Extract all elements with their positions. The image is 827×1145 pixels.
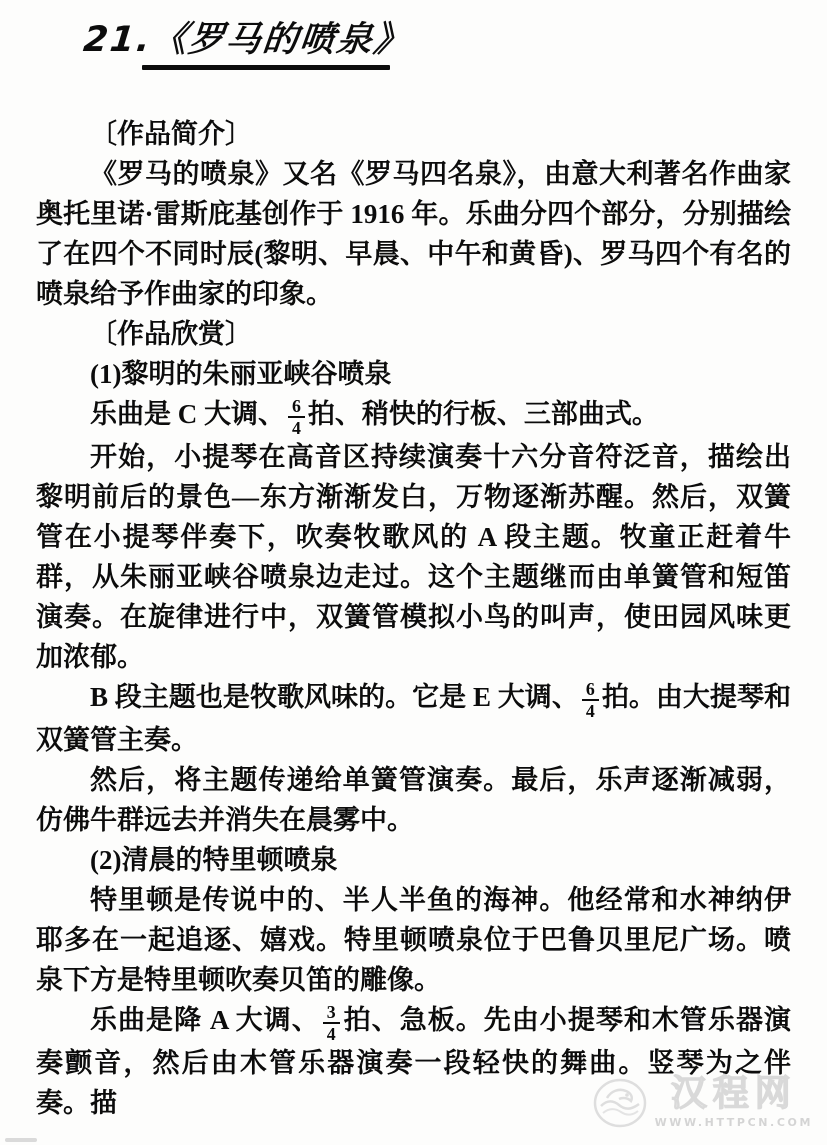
paragraph: 开始，小提琴在高音区持续演奏十六分音符泛音，描绘出黎明前后的景色—东方渐渐发白，… — [36, 437, 791, 677]
section-heading: 〔作品简介〕 — [36, 114, 791, 154]
title-row: 21.《罗马的喷泉》 — [84, 12, 791, 70]
scan-artifact — [5, 1138, 37, 1142]
sub-heading: (1)黎明的朱丽亚峡谷喷泉 — [36, 354, 791, 394]
text-run: 拍、稍快的行板、三部曲式。 — [308, 399, 659, 429]
fraction-numerator: 6 — [288, 397, 305, 418]
document-page: 21.《罗马的喷泉》 〔作品简介〕《罗马的喷泉》又名《罗马四名泉》，由意大利著名… — [0, 0, 827, 1145]
fraction-denominator: 4 — [292, 418, 301, 437]
text-run: 乐曲是降 A 大调、 — [90, 1005, 320, 1035]
text-run: 然后，将主题传递给单簧管演奏。最后，乐声逐渐减弱，仿佛牛群远去并消失在晨雾中。 — [36, 765, 791, 835]
section-heading: 〔作品欣赏〕 — [36, 314, 791, 354]
document-body: 〔作品简介〕《罗马的喷泉》又名《罗马四名泉》，由意大利著名作曲家奥托里诺·雷斯庇… — [36, 114, 791, 1123]
text-run: 乐曲是 C 大调、 — [90, 399, 285, 429]
paragraph: 特里顿是传说中的、半人半鱼的海神。他经常和水神纳伊耶多在一起追逐、嬉戏。特里顿喷… — [36, 880, 791, 1000]
text-run: B 段主题也是牧歌风味的。它是 E 大调、 — [90, 682, 579, 712]
paragraph: 《罗马的喷泉》又名《罗马四名泉》，由意大利著名作曲家奥托里诺·雷斯庇基创作于 1… — [36, 154, 791, 314]
fraction-denominator: 4 — [327, 1024, 336, 1043]
paragraph: 乐曲是 C 大调、64拍、稍快的行板、三部曲式。 — [36, 394, 791, 437]
text-run: 《罗马的喷泉》又名《罗马四名泉》，由意大利著名作曲家奥托里诺·雷斯庇基创作于 1… — [36, 159, 791, 309]
title-underline — [142, 65, 390, 70]
text-run: 特里顿是传说中的、半人半鱼的海神。他经常和水神纳伊耶多在一起追逐、嬉戏。特里顿喷… — [36, 885, 791, 995]
sub-heading: (2)清晨的特里顿喷泉 — [36, 840, 791, 880]
time-signature-fraction: 34 — [323, 1003, 340, 1043]
paragraph: B 段主题也是牧歌风味的。它是 E 大调、64拍。由大提琴和双簧管主奏。 — [36, 677, 791, 760]
text-run: 开始，小提琴在高音区持续演奏十六分音符泛音，描绘出黎明前后的景色—东方渐渐发白，… — [36, 442, 791, 672]
fraction-denominator: 4 — [586, 701, 595, 720]
time-signature-fraction: 64 — [582, 680, 599, 720]
paragraph: 然后，将主题传递给单簧管演奏。最后，乐声逐渐减弱，仿佛牛群远去并消失在晨雾中。 — [36, 760, 791, 840]
paragraph: 乐曲是降 A 大调、34拍、急板。先由小提琴和木管乐器演奏颤音，然后由木管乐器演… — [36, 1000, 791, 1123]
page-title: 21.《罗马的喷泉》 — [81, 12, 413, 62]
fraction-numerator: 3 — [323, 1003, 340, 1024]
time-signature-fraction: 64 — [288, 397, 305, 437]
fraction-numerator: 6 — [582, 680, 599, 701]
